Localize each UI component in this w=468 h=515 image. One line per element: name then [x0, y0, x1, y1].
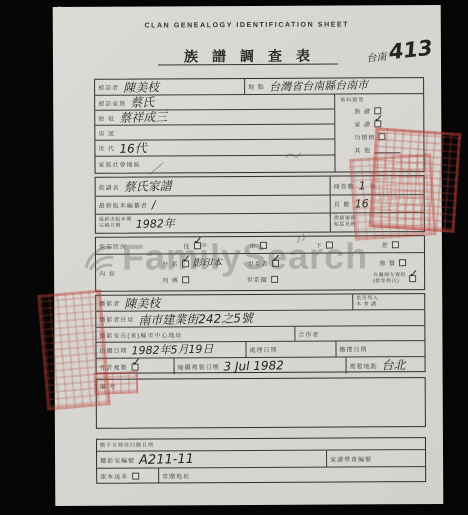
book-name-cell: 族譜名 蔡氏家譜: [96, 177, 331, 196]
photographer-address-cell: 攝影者住址 南市建業街242之5號: [96, 310, 424, 327]
jiapu-checkbox: ✓: [374, 120, 381, 127]
volumes-label: 冊卷數: [334, 181, 355, 190]
editor-label: 最新版本編纂者: [99, 201, 148, 210]
other-fill-line: [374, 146, 400, 153]
archive-code-region: 台南: [366, 52, 387, 65]
copy-permit-label: 允許複製: [100, 362, 128, 371]
scanned-document-page: CLAN GENEALOGY IDENTIFICATION SHEET 族譜調查…: [0, 0, 468, 515]
condition-good: 佳✓: [183, 241, 200, 250]
generations-cell: 世 代 16代: [95, 140, 334, 157]
photographer-address-value: 南市建業街242之5號: [138, 311, 253, 326]
content-portraits: 像 贊: [379, 258, 406, 267]
data-type-option-other: 其 他: [354, 145, 418, 154]
content-row-2: 列 傳 世系圖 有關婦女資料 (娘家姓氏) ✓: [162, 273, 420, 286]
genealogy-form-paper: CLAN GENEALOGY IDENTIFICATION SHEET 族譜調查…: [53, 5, 444, 506]
grant-date-label: 贈予呈閱放回贈日期: [100, 441, 154, 448]
family-cell: 被訪家族 蔡氏: [95, 95, 334, 111]
condition-options: 佳✓ 中 下 差: [158, 236, 424, 253]
ancestor-label: 始 祖: [98, 113, 115, 122]
branch-label: 房 派: [98, 128, 115, 137]
listed-cell: 是否列入 本 會 譜: [352, 294, 424, 309]
content-label-cell: 內 容: [96, 254, 158, 290]
process-date-cell: 處理日期: [246, 342, 336, 357]
social-region-label: 家族社會地區: [98, 159, 140, 168]
shoot-date-value: 1982年5月19日: [131, 343, 213, 356]
place-value: 台灣省台南縣台南市: [269, 80, 368, 93]
condition-content-table: 保存狀況 佳✓ 中 下 差 內 容 世 系 ✓: [95, 235, 425, 292]
volumes-value: 1: [359, 180, 366, 191]
photographer-cell: 攝影者 陳美枝: [96, 294, 352, 310]
copy-place-label: 複製地點: [350, 361, 378, 370]
genealogy-book-table: 族譜名 蔡氏家譜 冊卷數 1 卷 最新版本編纂者 / 頁 數 16: [95, 175, 425, 234]
society-number-label: 家譜學會編號: [330, 454, 372, 463]
condition-label-cell: 保存狀況: [96, 237, 158, 253]
partner-cell: 合作者: [294, 326, 424, 341]
remarks-label: 備 考: [100, 382, 117, 391]
volumes-cell: 冊卷數 1 卷: [331, 176, 424, 194]
publish-date-value: 1982年: [136, 218, 175, 230]
copy-sent-label: 庫本送本: [100, 471, 128, 480]
interviewee-label: 被訪者: [98, 83, 119, 92]
family-value: 蔡氏: [130, 96, 154, 109]
publish-date-label: 最新出版年期 完稿日期: [99, 218, 132, 230]
content-row-1: 世 系 ✓ 影印本 世系表 ✓ 像 贊: [162, 258, 420, 269]
studio-location-label: 攝影室在(省)縣市中心地址: [99, 330, 182, 339]
data-type-panel: 資料類別 族 譜 家 譜 ✓ 功德榜: [335, 94, 423, 171]
processing-table: 贈予呈閱放回贈日期 攝影室編號 A211-11 家譜學會編號 庫本送本: [96, 437, 426, 484]
content-lineage: 世 系 ✓ 影印本: [162, 259, 222, 269]
copy-sent-cell: 庫本送本: [97, 468, 159, 482]
content-lineage-chart: 世系表 ✓: [248, 259, 279, 268]
listed-label: 是否列入 本 會 譜: [356, 296, 378, 308]
data-type-option-gongdebang: 功德榜: [354, 132, 418, 141]
photographer-address-label: 攝影者住址: [99, 315, 134, 324]
editor-cell: 最新版本編纂者 /: [96, 196, 331, 214]
film-number-cell: 微捲號碼 起迄頁碼: [331, 213, 424, 231]
grant-date-cell: 贈予呈閱放回贈日期: [97, 438, 425, 451]
interviewee-info-table: 被訪者 陳美枝 地 點 台灣省台南縣台南市 被訪家族 蔡氏 始 祖 蔡祥成三: [94, 77, 424, 174]
gongdebang-checkbox: [378, 133, 385, 140]
film-number-label: 微捲號碼 起迄頁碼: [334, 217, 356, 229]
photography-table: 攝影者 陳美枝 是否列入 本 會 譜 攝影者住址 南市建業街242之5號: [95, 293, 425, 374]
copy-place-value: 台北: [381, 359, 405, 372]
deliver-date-cell: 繳捲日期: [336, 341, 424, 356]
copy-date-value: 3 Jul 1982: [223, 359, 284, 372]
pages-value: 16: [354, 198, 368, 209]
process-date-label: 處理日期: [249, 345, 277, 354]
form-english-title: CLAN GENEALOGY IDENTIFICATION SHEET: [53, 21, 441, 30]
mail-address-label: 寄贈地址: [162, 471, 190, 480]
copy-date-label: 縮攝複製日期: [178, 362, 220, 371]
partner-label: 合作者: [298, 329, 319, 338]
copy-permit-checkbox: ✓: [132, 363, 139, 370]
generations-label: 世 代: [98, 144, 115, 153]
shoot-date-cell: 拍攝日期 1982年5月19日: [96, 342, 246, 358]
copy-permit-cell: 允許複製 ✓: [97, 358, 175, 374]
copy-sent-checkbox: [132, 472, 139, 479]
studio-number-cell: 攝影室編號 A211-11: [97, 451, 327, 468]
generations-value: 16代: [119, 142, 147, 155]
mail-address-cell: 寄贈地址: [159, 467, 425, 482]
copy-place-cell: 複製地點 台北: [347, 357, 425, 373]
ancestor-cell: 始 祖 蔡祥成三: [95, 110, 334, 126]
photographer-label: 攝影者: [99, 299, 120, 308]
data-type-option-zupu: 族 譜: [354, 106, 418, 115]
ancestor-value: 蔡祥成三: [119, 111, 167, 124]
pages-cell: 頁 數 16: [331, 195, 424, 212]
condition-medium: 中: [249, 240, 266, 249]
content-lineage-note: 影印本: [192, 259, 222, 270]
studio-number-label: 攝影室編號: [100, 455, 135, 464]
archive-code-number: 413: [388, 36, 434, 65]
book-name-value: 蔡氏家譜: [124, 180, 172, 193]
place-label: 地 點: [248, 82, 265, 91]
book-name-label: 族譜名: [99, 182, 120, 191]
society-number-cell: 家譜學會編號: [327, 450, 425, 467]
social-region-cell: 家族社會地區: [95, 156, 334, 171]
studio-location-cell: 攝影室在(省)縣市中心地址: [96, 327, 294, 342]
interviewee-value: 陳美枝: [123, 81, 159, 94]
condition-poor: 差: [381, 240, 398, 249]
data-type-option-jiapu: 家 譜 ✓: [354, 119, 418, 128]
condition-low: 下: [315, 240, 332, 249]
interviewee-cell: 被訪者 陳美枝: [95, 79, 245, 95]
place-cell: 地 點 台灣省台南縣台南市: [245, 78, 423, 94]
editor-value: /: [152, 199, 156, 210]
content-lineage-diagram: 世系圖: [247, 275, 278, 284]
data-type-header: 資料類別: [340, 96, 418, 103]
branch-cell: 房 派: [95, 125, 334, 141]
deliver-date-label: 繳捲日期: [339, 344, 367, 353]
content-biographies: 列 傳: [162, 275, 189, 284]
publish-date-cell: 最新出版年期 完稿日期 1982年: [96, 214, 331, 233]
volumes-suffix: 卷: [370, 181, 377, 190]
content-women-records: 有關婦女資料 (娘家姓氏) ✓: [373, 273, 416, 285]
shoot-date-label: 拍攝日期: [99, 346, 127, 355]
pages-label: 頁 數: [334, 199, 351, 208]
copy-date-cell: 縮攝複製日期 3 Jul 1982: [175, 357, 347, 374]
studio-number-value: A211-11: [139, 452, 194, 466]
family-label: 被訪家族: [98, 98, 126, 107]
remarks-box: 備 考: [96, 377, 426, 429]
photographer-value: 陳美枝: [124, 297, 160, 310]
